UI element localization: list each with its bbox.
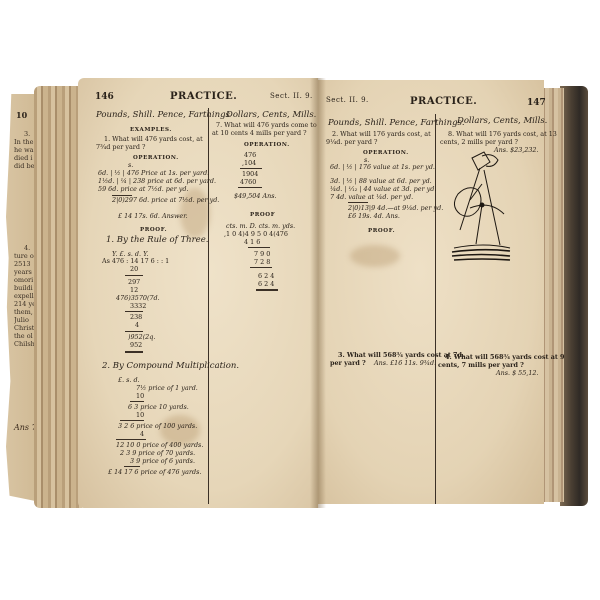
book-gutter [310,78,326,508]
compound-row: 3 2 6 price of 100 yards. [118,423,197,431]
operation-row: 6d. | ½ | 176 value at 1s. per yd. [330,164,435,172]
calc-step: 952 [130,342,142,350]
rule-of-three-heading: 1. By the Rule of Three. [106,237,208,245]
operation-label: OPERATION. [244,142,290,150]
compound-total: £ 14 17 6 price of 476 yards. [108,469,201,477]
proof-label: PROOF. [368,228,395,236]
ink-figure-sketch-icon [440,150,520,265]
proof-row: 4 1 6 [244,239,260,247]
example-2-question-2: 9¼d. per yard ? [326,139,377,147]
left-col1-heading: Pounds, Shill. Pence, Farthings [96,110,230,120]
operation-label: OPERATION. [133,155,179,163]
sum-rule [125,331,143,332]
proof-label: PROOF. [140,227,167,235]
left-section-label: Sect. II. 9. [270,93,313,101]
right-section-label: Sect. II. 9. [326,97,369,105]
example-3-question-2: per yard ? [330,360,366,368]
compound-row: 10 [136,393,144,401]
calc-step: 3332 [130,303,146,311]
operation-label: OPERATION. [363,150,409,158]
proof-label: PROOF [250,212,275,220]
example-7-answer: $49,504 Ans. [234,193,277,201]
sum-rule [125,351,143,353]
compound-row: 10 [136,412,144,420]
sum-rule [248,247,270,248]
sum-rule [130,401,144,402]
torn-leaf-page-number: 10 [16,110,27,120]
sum-rule [125,275,143,276]
left-col2-heading: Dollars, Cents, Mills. [226,110,316,120]
compound-multiplication-heading: 2. By Compound Multiplication. [102,363,239,371]
column-divider [435,114,436,504]
compound-row: 3 9 price of 6 yards. [130,458,195,466]
left-page-block-edges [34,86,82,508]
right-col2-heading: Dollars, Cents, Mills. [457,116,547,126]
sum-rule [238,187,262,188]
example-3-answer: Ans. £16 11s. 9¾d. [374,360,436,368]
sum-rule [125,311,143,312]
proof-row: 7 2 8 [254,259,270,267]
calc-step: 4760 [240,179,256,187]
right-col1-heading: Pounds, Shill. Pence, Farthings. [328,118,465,128]
example-4-answer: Ans. $ 55,12. [496,370,539,378]
leather-cover-edge [560,86,588,506]
sum-rule [250,267,272,268]
compound-row: 7½ price of 1 yard. [136,385,198,393]
sum-rule [256,289,278,291]
column-divider [208,108,209,504]
left-running-head: PRACTICE. [170,91,237,102]
example-1-question-2: 7¾d per yard ? [96,144,145,152]
examples-label: EXAMPLES. [130,127,172,135]
operation-answer: £6 19s. 4d. Ans. [348,213,400,221]
calc-step: 20 [130,266,138,274]
right-page-number: 147 [527,98,546,108]
operation-answer: £ 14 17s. 6d. Answer. [118,213,188,221]
left-page-number: 146 [95,92,114,102]
sum-rule [116,439,146,440]
right-running-head: PRACTICE. [410,96,477,107]
operation-total: 2|0)297 6d. price at 7½d. per yd. [112,197,219,205]
sum-rule [124,466,140,467]
example-7-question-2: at 10 cents 4 mills per yard ? [212,130,307,138]
sum-rule [240,168,262,169]
open-antique-arithmetic-book: 10 3. In the he wa died i did be 4. ture… [0,0,600,600]
calc-step: ,104 [242,160,256,168]
proof-row: 6 2 4 [258,281,274,289]
stain [350,245,400,267]
operation-row: 59 6d. price at 7½d. per yd. [98,186,188,194]
operation-row: 7 4d. value at ¼d. per yd. [330,194,413,202]
sum-rule [348,202,368,203]
calc-step: 4 [135,322,139,330]
compound-row: 4 [140,431,144,439]
sum-rule [120,420,144,421]
